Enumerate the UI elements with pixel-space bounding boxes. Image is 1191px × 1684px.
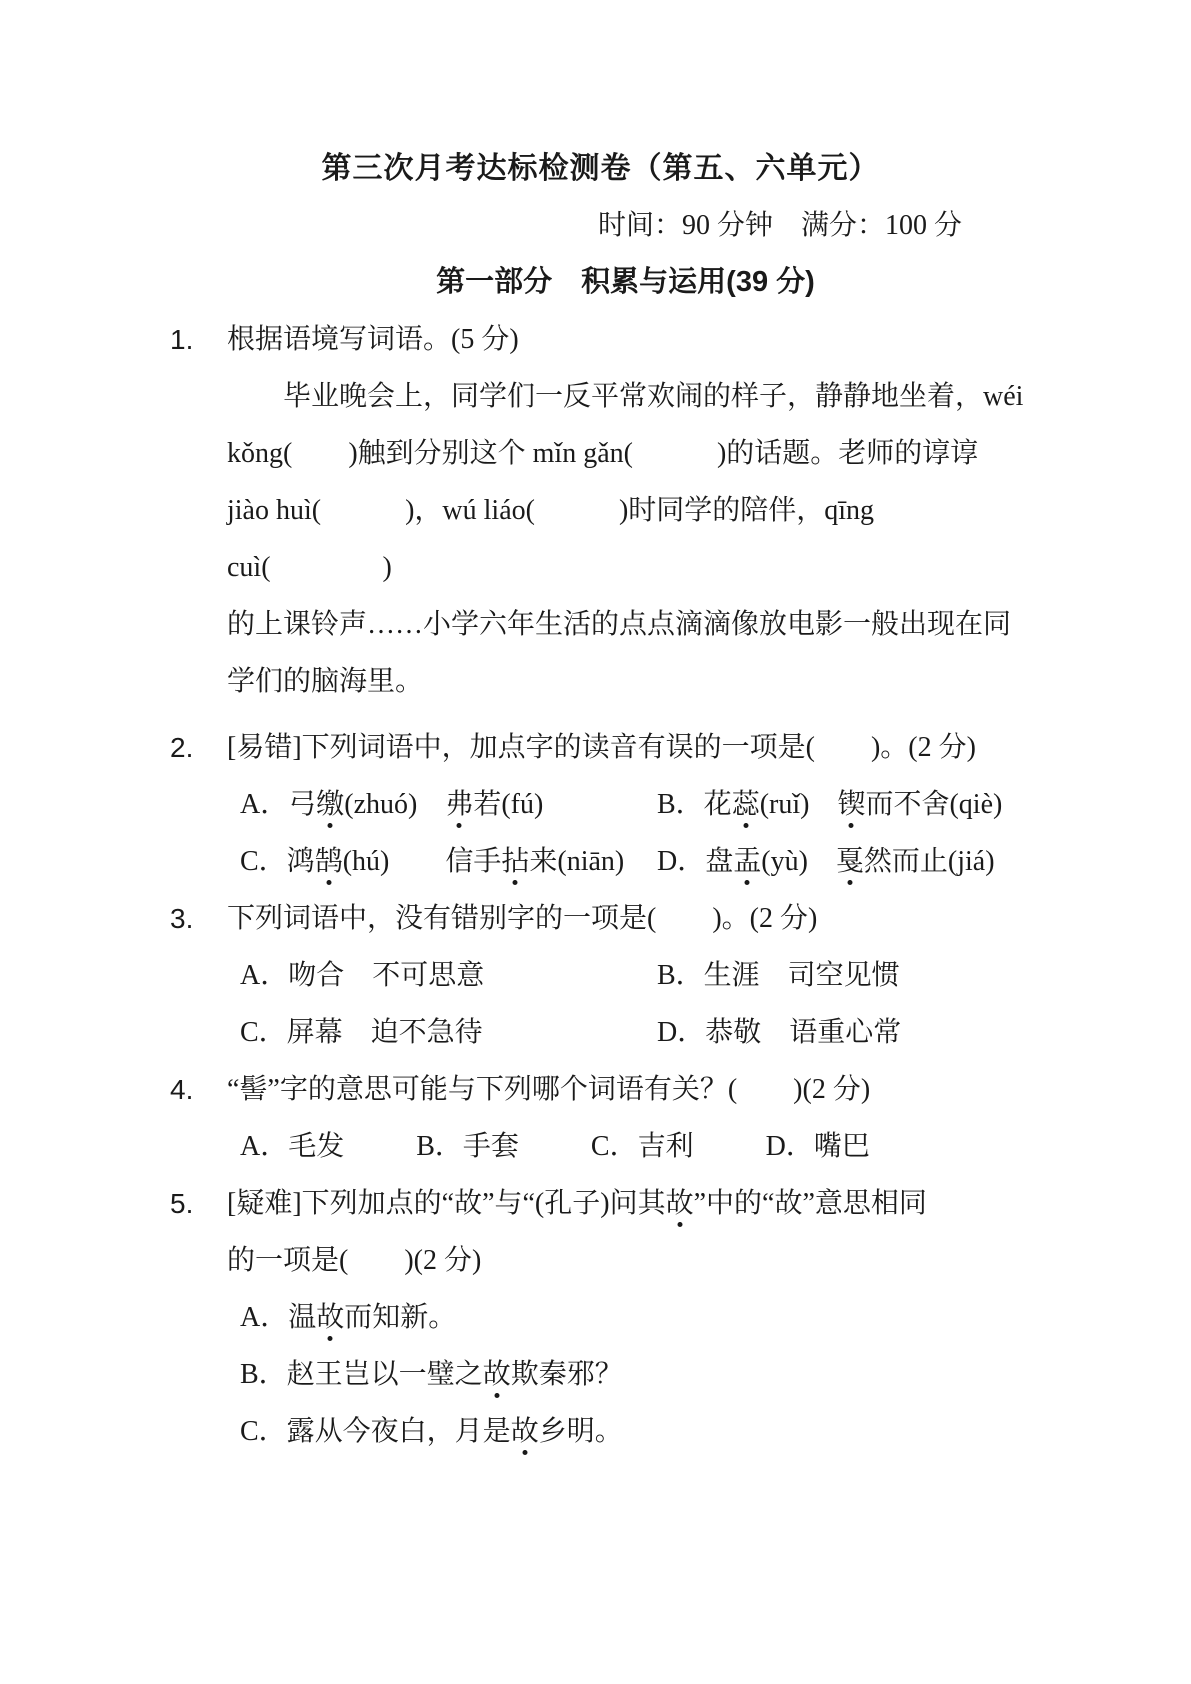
question-4-body: “髻”字的意思可能与下列哪个词语有关？( )(2 分)	[227, 1061, 1031, 1118]
question-4-option-d: D．嘴巴	[766, 1118, 870, 1175]
question-2-option-c: C．鸿鹄(hú) 信手拈来(niān)	[240, 833, 657, 890]
emphasis-dot-char: 故	[316, 1302, 344, 1334]
emphasis-dot-char: 蕊	[732, 789, 760, 821]
emphasis-dot-char: 拈	[501, 846, 529, 878]
question-3-number: 3.	[170, 890, 227, 947]
question-5-option-a: A．温故而知新。	[240, 1289, 1031, 1346]
emphasis-dot-char: 盂	[733, 846, 761, 878]
question-2-option-d: D．盘盂(yù) 戛然而止(jiá)	[657, 833, 1031, 890]
question-1: 1. 根据语境写词语。(5 分)	[170, 311, 1031, 368]
question-5-body: [疑难]下列加点的“故”与“(孔子)问其故”中的“故”意思相同 的一项是( )(…	[227, 1175, 1031, 1289]
question-4: 4. “髻”字的意思可能与下列哪个词语有关？( )(2 分)	[170, 1061, 1031, 1118]
passage-line: 学们的脑海里。	[227, 653, 1031, 710]
question-3-option-a: A．吻合 不可思意	[240, 947, 657, 1004]
question-4-option-c: C．吉利	[591, 1118, 694, 1175]
question-1-passage: 毕业晚会上，同学们一反平常欢闹的样子，静静地坐着，wéi kǒng( )触到分别…	[227, 368, 1031, 710]
emphasis-dot-char: 戛	[836, 846, 864, 878]
question-1-number: 1.	[170, 311, 227, 368]
emphasis-dot-char: 故	[483, 1359, 511, 1391]
question-2-number: 2.	[170, 719, 227, 776]
exam-paper-page: 第三次月考达标检测卷（第五、六单元） 时间：90 分钟 满分：100 分 第一部…	[0, 0, 1191, 1684]
exam-title: 第三次月考达标检测卷（第五、六单元）	[170, 140, 1031, 197]
question-3-options-row-1: A．吻合 不可思意 B．生涯 司空见惯	[240, 947, 1031, 1004]
question-5-option-b: B．赵王岂以一璧之故欺秦邪？	[240, 1346, 1031, 1403]
question-2-body: [易错]下列词语中，加点字的读音有误的一项是( )。(2 分)	[227, 719, 1031, 776]
passage-line: 毕业晚会上，同学们一反平常欢闹的样子，静静地坐着，wéi	[227, 368, 1031, 425]
emphasis-dot-char: 鹄	[315, 846, 343, 878]
question-3-body: 下列词语中，没有错别字的一项是( )。(2 分)	[227, 890, 1031, 947]
question-2-option-a: A．弓缴(zhuó) 弗若(fú)	[240, 776, 657, 833]
question-2-options-row-2: C．鸿鹄(hú) 信手拈来(niān) D．盘盂(yù) 戛然而止(jiá)	[240, 833, 1031, 890]
question-3-option-d: D．恭敬 语重心常	[657, 1004, 1031, 1061]
question-1-stem: 根据语境写词语。(5 分)	[227, 311, 1031, 368]
section-1-heading: 第一部分 积累与运用(39 分)	[170, 254, 1031, 311]
question-4-number: 4.	[170, 1061, 227, 1118]
emphasis-dot-char: 故	[666, 1188, 694, 1220]
question-3-stem: 下列词语中，没有错别字的一项是( )。(2 分)	[227, 890, 1031, 947]
question-1-body: 根据语境写词语。(5 分)	[227, 311, 1031, 368]
question-4-options: A．毛发 B．手套 C．吉利 D．嘴巴	[240, 1118, 1031, 1175]
emphasis-dot-char: 故	[511, 1416, 539, 1448]
question-4-option-a: A．毛发	[240, 1118, 344, 1175]
question-3: 3. 下列词语中，没有错别字的一项是( )。(2 分)	[170, 890, 1031, 947]
passage-line: 的上课铃声……小学六年生活的点点滴滴像放电影一般出现在同	[227, 596, 1031, 653]
question-3-option-c: C．屏幕 迫不急待	[240, 1004, 657, 1061]
question-5-stem-line-2: 的一项是( )(2 分)	[227, 1232, 1031, 1289]
question-2-stem: [易错]下列词语中，加点字的读音有误的一项是( )。(2 分)	[227, 719, 1031, 776]
emphasis-dot-char: 弗	[445, 789, 473, 821]
question-5-stem-line-1: [疑难]下列加点的“故”与“(孔子)问其故”中的“故”意思相同	[227, 1175, 1031, 1232]
exam-time-score: 时间：90 分钟 满分：100 分	[598, 197, 1031, 254]
question-2: 2. [易错]下列词语中，加点字的读音有误的一项是( )。(2 分)	[170, 719, 1031, 776]
question-3-option-b: B．生涯 司空见惯	[657, 947, 1031, 1004]
question-3-options-row-2: C．屏幕 迫不急待 D．恭敬 语重心常	[240, 1004, 1031, 1061]
question-2-options-row-1: A．弓缴(zhuó) 弗若(fú) B．花蕊(ruǐ) 锲而不舍(qiè)	[240, 776, 1031, 833]
passage-line: jiào huì( )，wú liáo( )时同学的陪伴，qīng cuì( )	[227, 482, 1031, 596]
question-5-option-c: C．露从今夜白，月是故乡明。	[240, 1403, 1031, 1460]
question-4-option-b: B．手套	[416, 1118, 519, 1175]
emphasis-dot-char: 锲	[837, 789, 865, 821]
passage-line: kǒng( )触到分别这个 mǐn gǎn( )的话题。老师的谆谆	[227, 425, 1031, 482]
emphasis-dot-char: 缴	[316, 789, 344, 821]
question-4-stem: “髻”字的意思可能与下列哪个词语有关？( )(2 分)	[227, 1061, 1031, 1118]
question-5: 5. [疑难]下列加点的“故”与“(孔子)问其故”中的“故”意思相同 的一项是(…	[170, 1175, 1031, 1289]
question-2-option-b: B．花蕊(ruǐ) 锲而不舍(qiè)	[657, 776, 1031, 833]
question-5-number: 5.	[170, 1175, 227, 1232]
